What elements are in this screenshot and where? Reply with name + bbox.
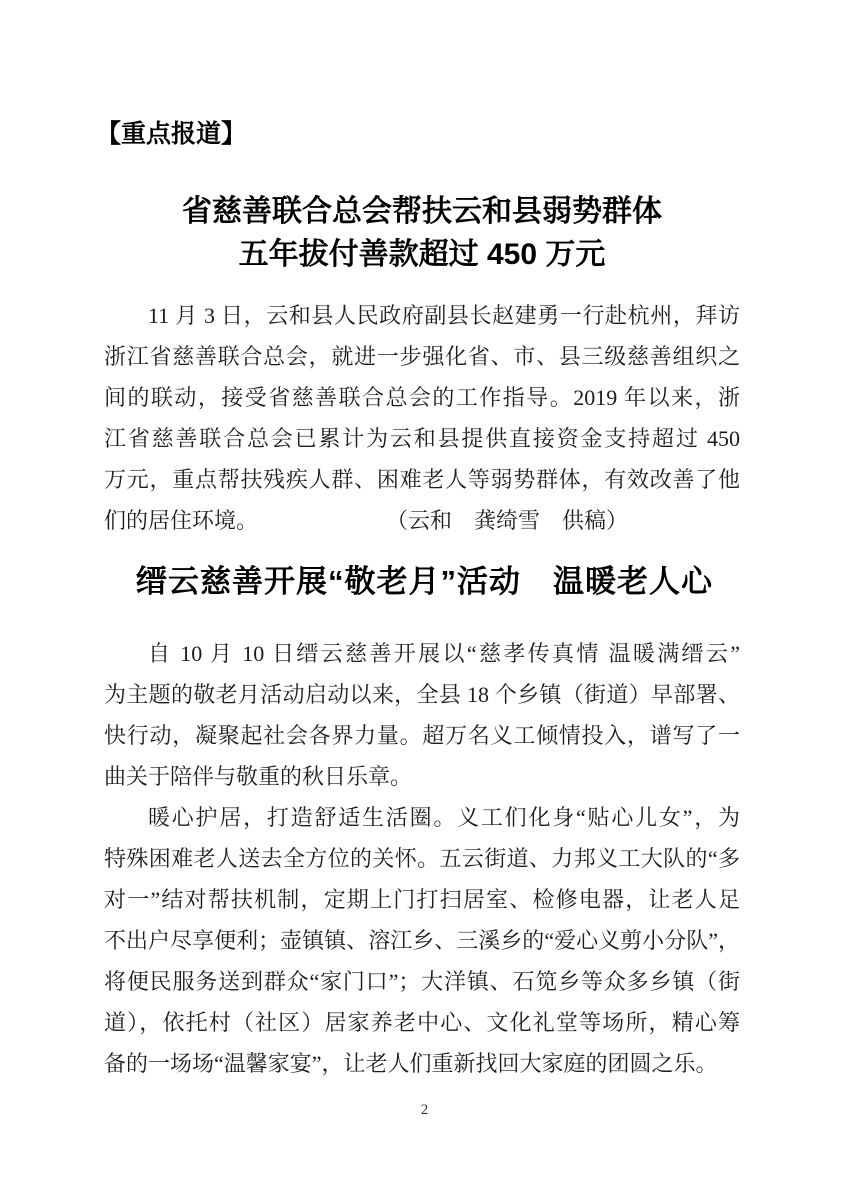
article1-title-line2: 五年拔付善款超过 450 万元 bbox=[104, 233, 740, 276]
body-line: 对一”结对帮扶机制，定期上门打扫居室、检修电器，让老人足 bbox=[104, 879, 740, 920]
body-line: 暖心护居，打造舒适生活圈。义工们化身“贴心儿女”，为 bbox=[104, 797, 740, 838]
body-line: 自 10 月 10 日缙云慈善开展以“慈孝传真情 温暖满缙云” bbox=[104, 633, 740, 674]
article2-body: 自 10 月 10 日缙云慈善开展以“慈孝传真情 温暖满缙云” 为主题的敬老月活… bbox=[104, 633, 740, 1084]
body-line: 备的一场场“温馨家宴”，让老人们重新找回大家庭的团圆之乐。 bbox=[104, 1043, 740, 1084]
body-line: 们的居住环境。 （云和 龚绮雪 供稿） bbox=[104, 500, 740, 541]
page-number: 2 bbox=[0, 1102, 849, 1119]
article1-title-line1: 省慈善联合总会帮扶云和县弱势群体 bbox=[104, 190, 740, 233]
article2-title: 缙云慈善开展“敬老月”活动 温暖老人心 bbox=[0, 563, 849, 601]
body-line: 不出户尽享便利；壶镇镇、溶江乡、三溪乡的“爱心义剪小分队”， bbox=[104, 920, 740, 961]
body-line: 江省慈善联合总会已累计为云和县提供直接资金支持超过 450 bbox=[104, 418, 740, 459]
body-line: 万元，重点帮扶残疾人群、困难老人等弱势群体，有效改善了他 bbox=[104, 459, 740, 500]
body-line: 快行动，凝聚起社会各界力量。超万名义工倾情投入，谱写了一 bbox=[104, 715, 740, 756]
body-line: 浙江省慈善联合总会，就进一步强化省、市、县三级慈善组织之 bbox=[104, 336, 740, 377]
article1-title: 省慈善联合总会帮扶云和县弱势群体 五年拔付善款超过 450 万元 bbox=[104, 190, 740, 276]
body-line: 道），依托村（社区）居家养老中心、文化礼堂等场所，精心筹 bbox=[104, 1002, 740, 1043]
body-line-text: 们的居住环境。 bbox=[104, 500, 258, 541]
body-line: 特殊困难老人送去全方位的关怀。五云街道、力邦义工大队的“多 bbox=[104, 838, 740, 879]
document-page: 【重点报道】 省慈善联合总会帮扶云和县弱势群体 五年拔付善款超过 450 万元 … bbox=[0, 0, 849, 1200]
body-line: 曲关于陪伴与敬重的秋日乐章。 bbox=[104, 756, 740, 797]
section-kicker: 【重点报道】 bbox=[96, 119, 246, 149]
body-line: 将便民服务送到群众“家门口”；大洋镇、石笕乡等众多乡镇（街 bbox=[104, 961, 740, 1002]
body-line: 为主题的敬老月活动启动以来，全县 18 个乡镇（街道）早部署、 bbox=[104, 674, 740, 715]
article1-body: 11 月 3 日，云和县人民政府副县长赵建勇一行赴杭州，拜访 浙江省慈善联合总会… bbox=[104, 295, 740, 541]
body-line: 间的联动，接受省慈善联合总会的工作指导。2019 年以来，浙 bbox=[104, 377, 740, 418]
body-line: 11 月 3 日，云和县人民政府副县长赵建勇一行赴杭州，拜访 bbox=[104, 295, 740, 336]
article1-attribution: （云和 龚绮雪 供稿） bbox=[386, 500, 628, 541]
